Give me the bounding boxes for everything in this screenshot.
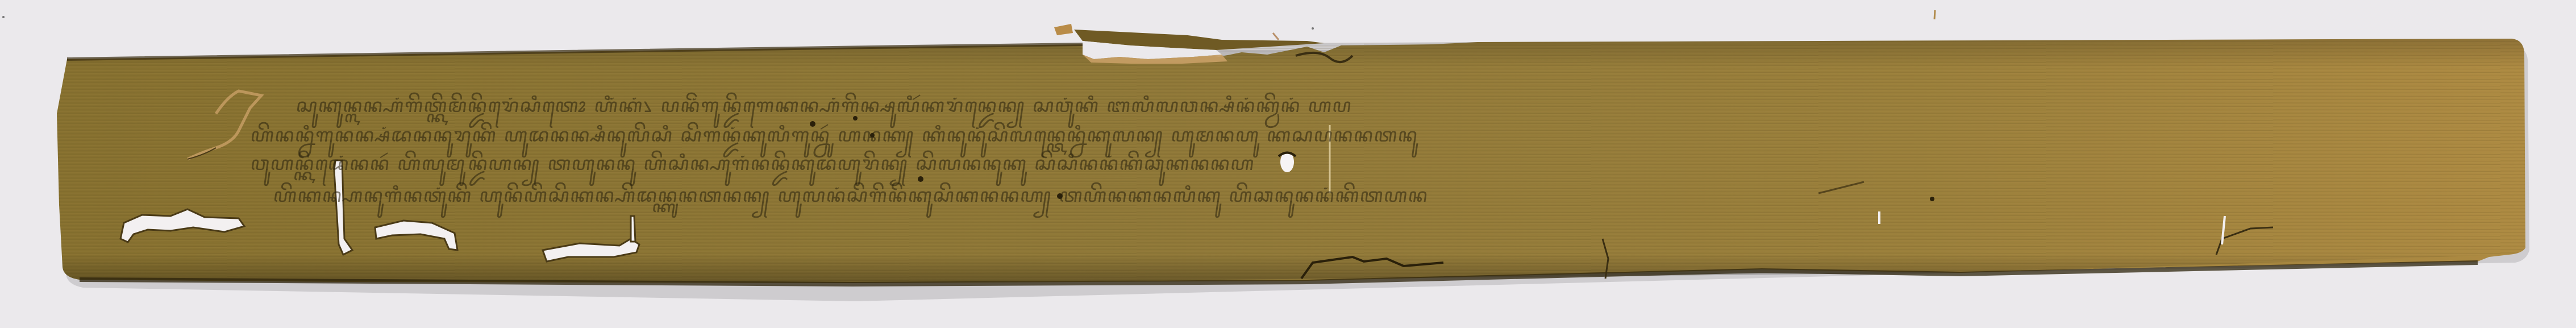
photo-stage: ꦱꦸꦏꦸꦤ꧀ꦭꦤ꧀ꦲꦁꦒꦼꦠ꧀ꦏꦼꦩꦼꦤ꧀ꦢꦼꦫꦺꦁꦱꦶꦠꦺꦴ ꦲꦶꦁꦏꦁ꧈ ꦥ… — [0, 0, 2576, 328]
manuscript-text-line-4: ꦲꦼꦏꦤ꧀ꦲꦤꦸꦒꦶꦤꦠꦸꦁꦏꦼ ꦲꦸꦤꦼꦲꦼꦱꦼꦏꦤ꧀ꦲꦼꦢꦤ꧀ꦏꦸꦤꦠꦤꦤ꧀… — [270, 181, 1430, 220]
